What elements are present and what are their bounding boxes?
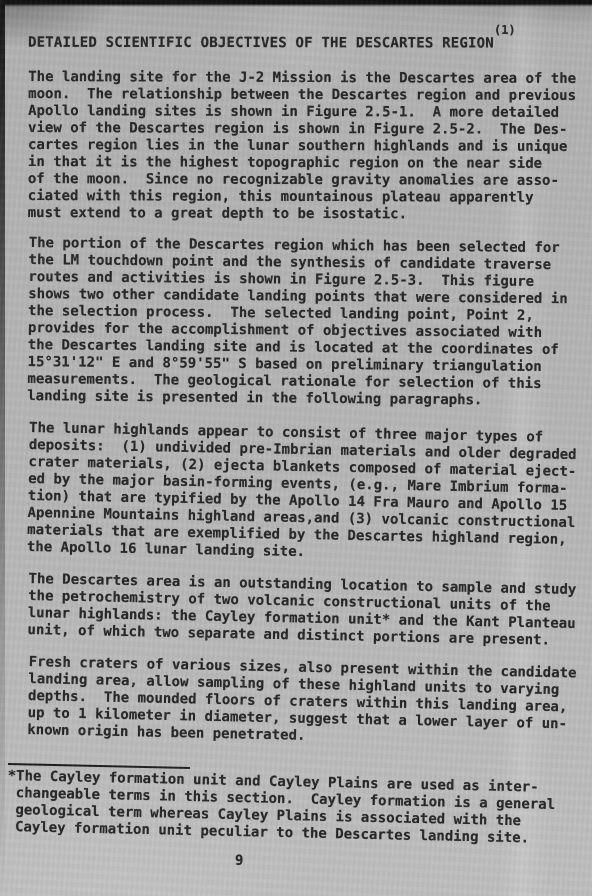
scanned-document-page: DETAILED SCIENTIFIC OBJECTIVES OF THE DE… (0, 0, 592, 896)
text-line: moon. The relationship between the Desca… (28, 86, 588, 105)
paragraph-petrochemistry: The Descartes area is an outstanding loc… (27, 571, 588, 650)
paragraph-fresh-craters: Fresh craters of various sizes, also pre… (27, 654, 589, 751)
scan-edge-top (0, 0, 592, 7)
page-number: 9 (235, 853, 588, 870)
scan-edge-left (0, 0, 5, 896)
footnote: *The Cayley formation unit and Cayley Pl… (6, 763, 587, 849)
paragraph-lunar-highlands-deposits: The lunar highlands appear to consist of… (27, 420, 589, 566)
page-title-text: DETAILED SCIENTIFIC OBJECTIVES OF THE DE… (28, 35, 494, 52)
text-line: Apollo landing sites is shown in Figure … (28, 103, 588, 122)
text-line: ciated with this region, this mountainou… (28, 188, 588, 207)
text-line: must extend to a great depth to be isost… (28, 205, 588, 224)
paragraph-landing-site: The landing site for the J-2 Mission is … (28, 69, 589, 224)
text-line: in that it is the highest topographic re… (28, 154, 588, 173)
text-line: cartes region lies in the lunar southern… (28, 137, 588, 156)
text-line: of the moon. Since no recognizable gravi… (28, 171, 588, 190)
text-line: The landing site for the J-2 Mission is … (28, 69, 588, 88)
footnote-text: *The Cayley formation unit and Cayley Pl… (6, 768, 587, 849)
page-title: DETAILED SCIENTIFIC OBJECTIVES OF THE DE… (28, 29, 588, 53)
text-line: view of the Descartes region is shown in… (28, 120, 588, 139)
document-content: DETAILED SCIENTIFIC OBJECTIVES OF THE DE… (28, 29, 588, 870)
title-superscript-annotation: (1) (494, 23, 516, 37)
paragraph-lm-touchdown: The portion of the Descartes region whic… (27, 235, 589, 410)
